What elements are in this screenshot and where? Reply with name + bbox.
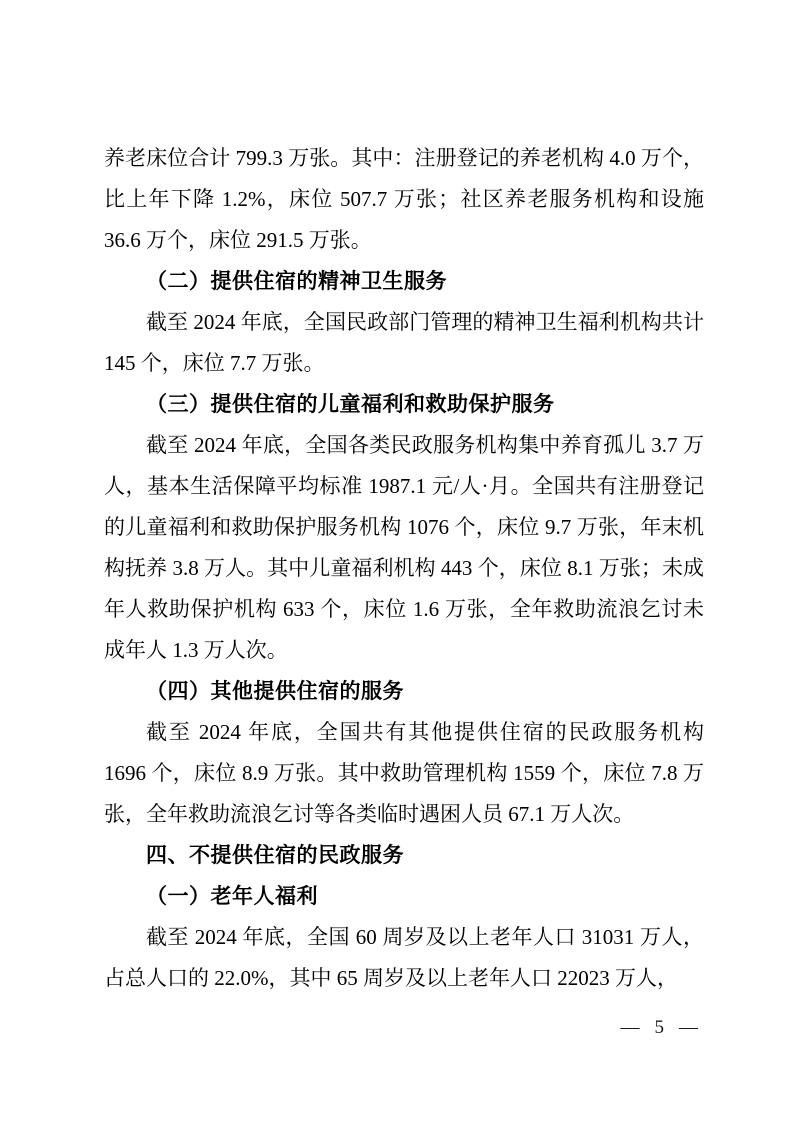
body-paragraph-continued: 养老床位合计 799.3 万张。其中：注册登记的养老机构 4.0 万个，比上年下… [104, 138, 704, 261]
body-paragraph: 截至 2024 年底，全国 60 周岁及以上老年人口 31031 万人，占总人口… [104, 917, 704, 999]
page-number: 5 [655, 1014, 665, 1042]
subsection-heading-2: （二）提供住宿的精神卫生服务 [104, 261, 704, 302]
body-paragraph: 截至 2024 年底，全国各类民政服务机构集中养育孤儿 3.7 万人，基本生活保… [104, 425, 704, 671]
subsection-heading-4: （四）其他提供住宿的服务 [104, 671, 704, 712]
document-page: 养老床位合计 799.3 万张。其中：注册登记的养老机构 4.0 万个，比上年下… [0, 0, 794, 1123]
page-number-right-dash: — [679, 1014, 698, 1042]
page-footer: — 5 — [621, 1014, 699, 1042]
subsection-heading-3: （三）提供住宿的儿童福利和救助保护服务 [104, 384, 704, 425]
subsection-heading-1: （一）老年人福利 [104, 876, 704, 917]
body-paragraph: 截至 2024 年底，全国共有其他提供住宿的民政服务机构 1696 个，床位 8… [104, 712, 704, 835]
body-paragraph: 截至 2024 年底，全国民政部门管理的精神卫生福利机构共计 145 个，床位 … [104, 302, 704, 384]
page-body-text: 养老床位合计 799.3 万张。其中：注册登记的养老机构 4.0 万个，比上年下… [104, 138, 704, 999]
section-heading-4: 四、不提供住宿的民政服务 [104, 835, 704, 876]
page-number-left-dash: — [621, 1014, 640, 1042]
